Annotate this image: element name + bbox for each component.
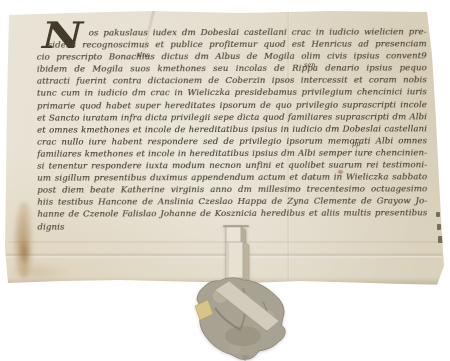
interlinear-note: pp: [352, 140, 360, 148]
right-edge-mark: [436, 212, 440, 217]
manuscript-line: primarie quod habet super hereditates ip…: [37, 99, 427, 112]
interlinear-note: dns: [138, 51, 150, 59]
right-edge-mark: [437, 224, 441, 230]
wax-seal: [195, 278, 285, 361]
manuscript-text: os pakuslaus iudex dm Dobeslai castellan…: [37, 26, 428, 233]
manuscript-line: et Sancto iuratam infra dicta privilegii…: [37, 111, 427, 124]
interlinear-note: sen: [304, 61, 315, 69]
manuscript-line: et omnes kmethones et incole de heredita…: [37, 123, 427, 136]
stain-left-streak: [13, 202, 35, 278]
photo-canvas: N os pakuslaus iudex dm Dobeslai castell…: [0, 0, 450, 361]
stain-left-dark: [18, 238, 31, 266]
stain-bottom-left-corner: [12, 262, 70, 282]
right-edge-mark: [438, 236, 443, 243]
manuscript-line: tunc cum in iudicio dm crac in Wieliczka…: [37, 87, 427, 100]
seal-assembly: [185, 218, 300, 361]
